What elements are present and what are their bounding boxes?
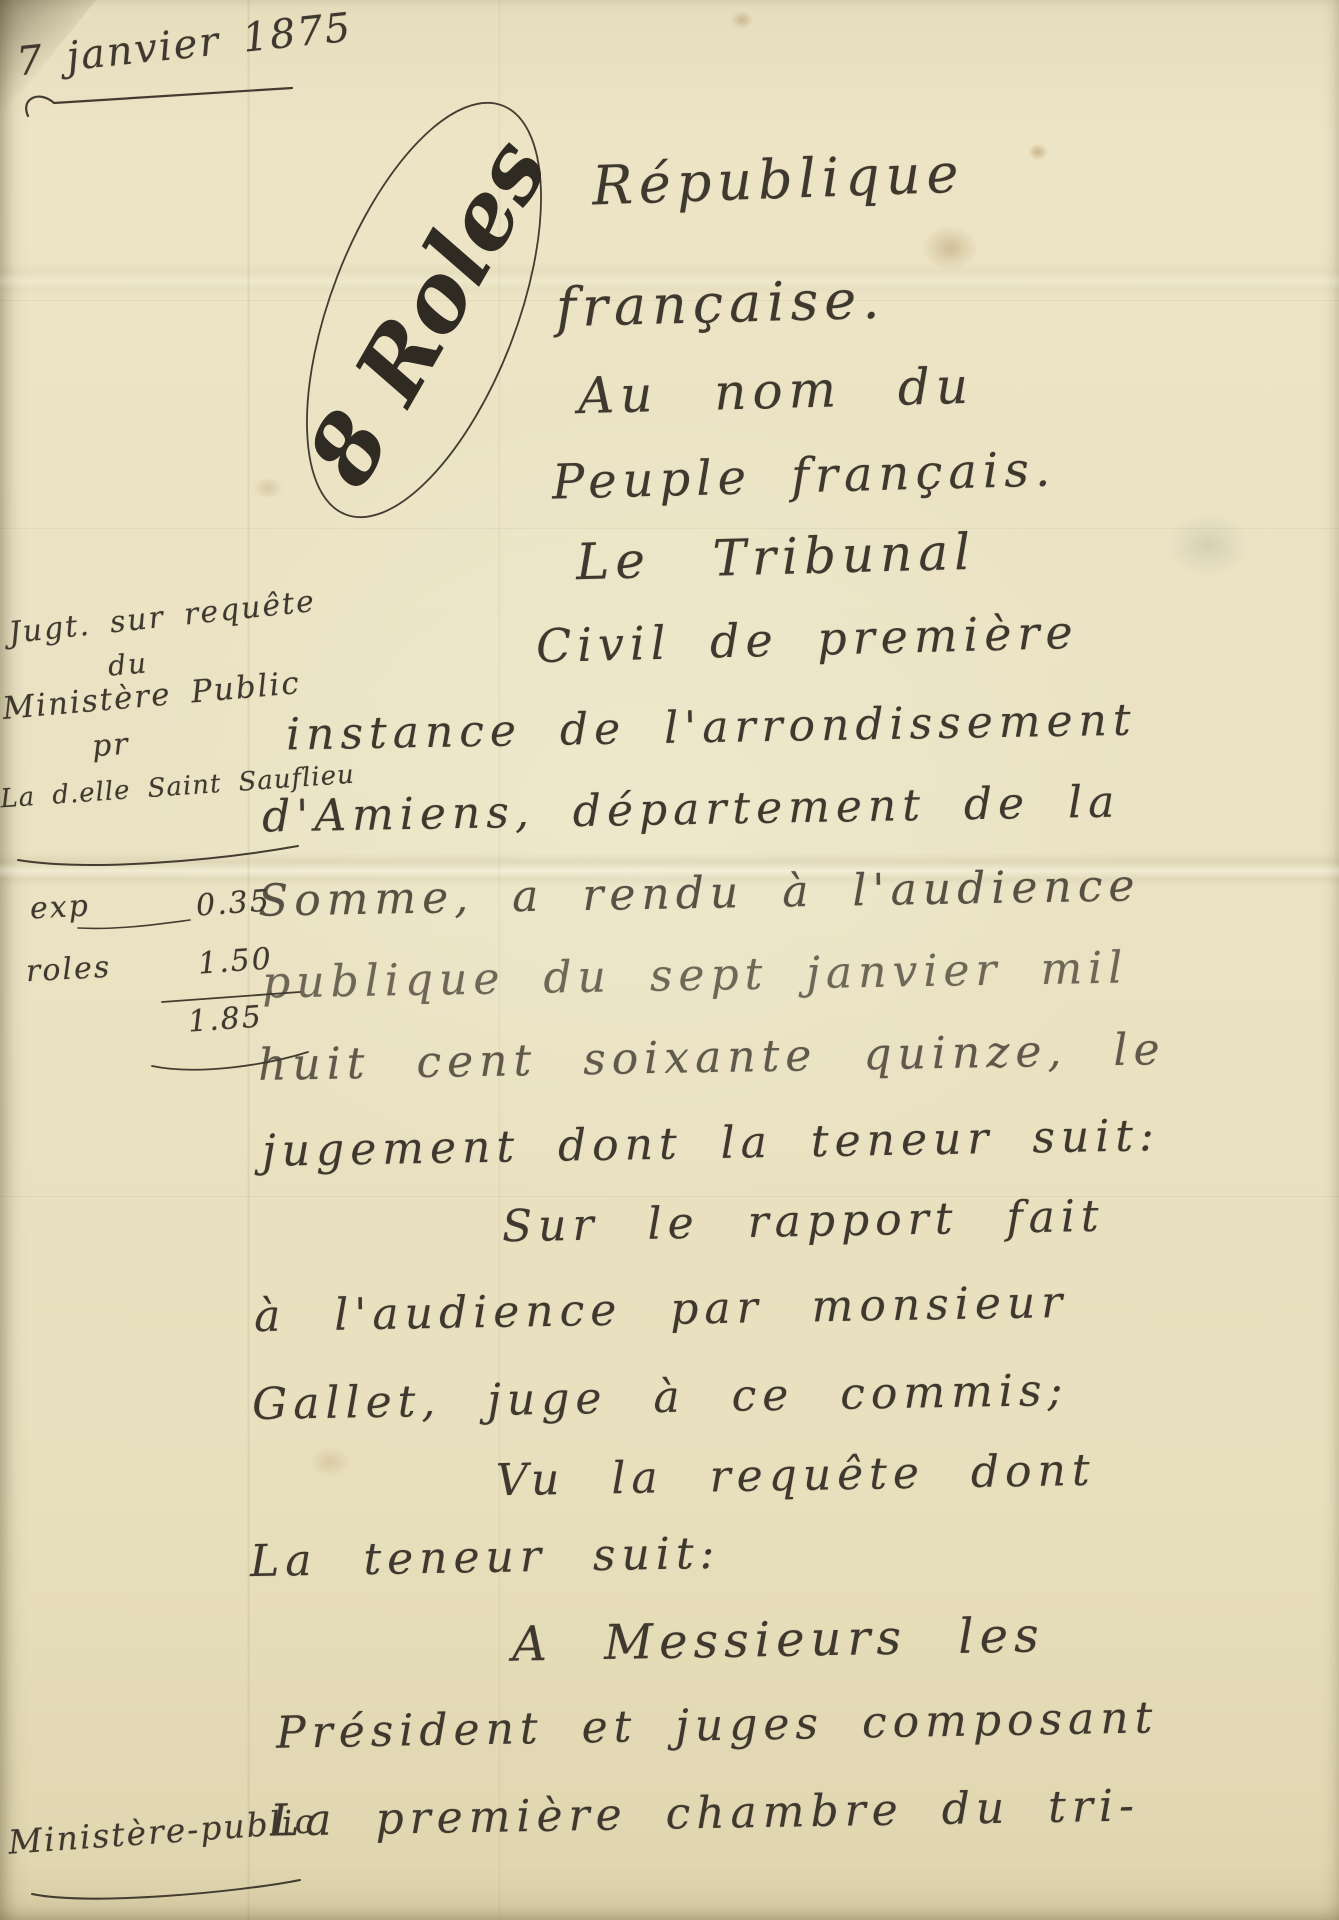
margin-note-line: Ministère Public bbox=[1, 665, 302, 727]
body-line: française. bbox=[555, 268, 886, 340]
roles-oval-stamp: 8 Roles bbox=[252, 68, 596, 552]
fee-dash bbox=[0, 900, 220, 940]
footer-margin-note: Ministère-public bbox=[7, 1801, 316, 1861]
stamp-text: 8 Roles bbox=[285, 121, 569, 504]
body-line: Peuple français. bbox=[551, 441, 1056, 510]
body-line: République bbox=[591, 142, 965, 218]
body-line: Gallet, juge à ce commis; bbox=[252, 1365, 1069, 1430]
footer-underline-flourish bbox=[0, 1862, 340, 1912]
margin-note-line: du bbox=[107, 646, 150, 682]
body-line: Au nom du bbox=[577, 357, 974, 425]
body-line: Civil de première bbox=[535, 605, 1079, 673]
body-line: huit cent soixante quinze, le bbox=[258, 1024, 1166, 1091]
body-line: à l'audience par monsieur bbox=[254, 1277, 1069, 1342]
body-line: jugement dont la teneur suit: bbox=[262, 1110, 1161, 1177]
body-line: La première chambre du tri- bbox=[270, 1780, 1141, 1846]
paper-line bbox=[0, 528, 1339, 529]
margin-note-line: Jugt. sur requête bbox=[7, 584, 317, 651]
body-line: d'Amiens, département de la bbox=[262, 777, 1121, 843]
body-line: La teneur suit: bbox=[250, 1528, 721, 1587]
body-line: publique du sept janvier mil bbox=[262, 942, 1129, 1008]
body-line: A Messieurs les bbox=[512, 1607, 1046, 1672]
body-line: Le Tribunal bbox=[575, 523, 977, 591]
manuscript-page: 7 janvier 1875 8 Roles Jugt. sur requête… bbox=[0, 0, 1339, 1920]
margin-note-line: pr bbox=[91, 727, 131, 765]
body-line: Sur le rapport fait bbox=[502, 1191, 1105, 1253]
body-line: instance de l'arrondissement bbox=[286, 695, 1137, 761]
body-line: Vu la requête dont bbox=[496, 1445, 1096, 1506]
paper-line bbox=[0, 1196, 1339, 1197]
body-line: Président et juges composant bbox=[276, 1692, 1159, 1758]
